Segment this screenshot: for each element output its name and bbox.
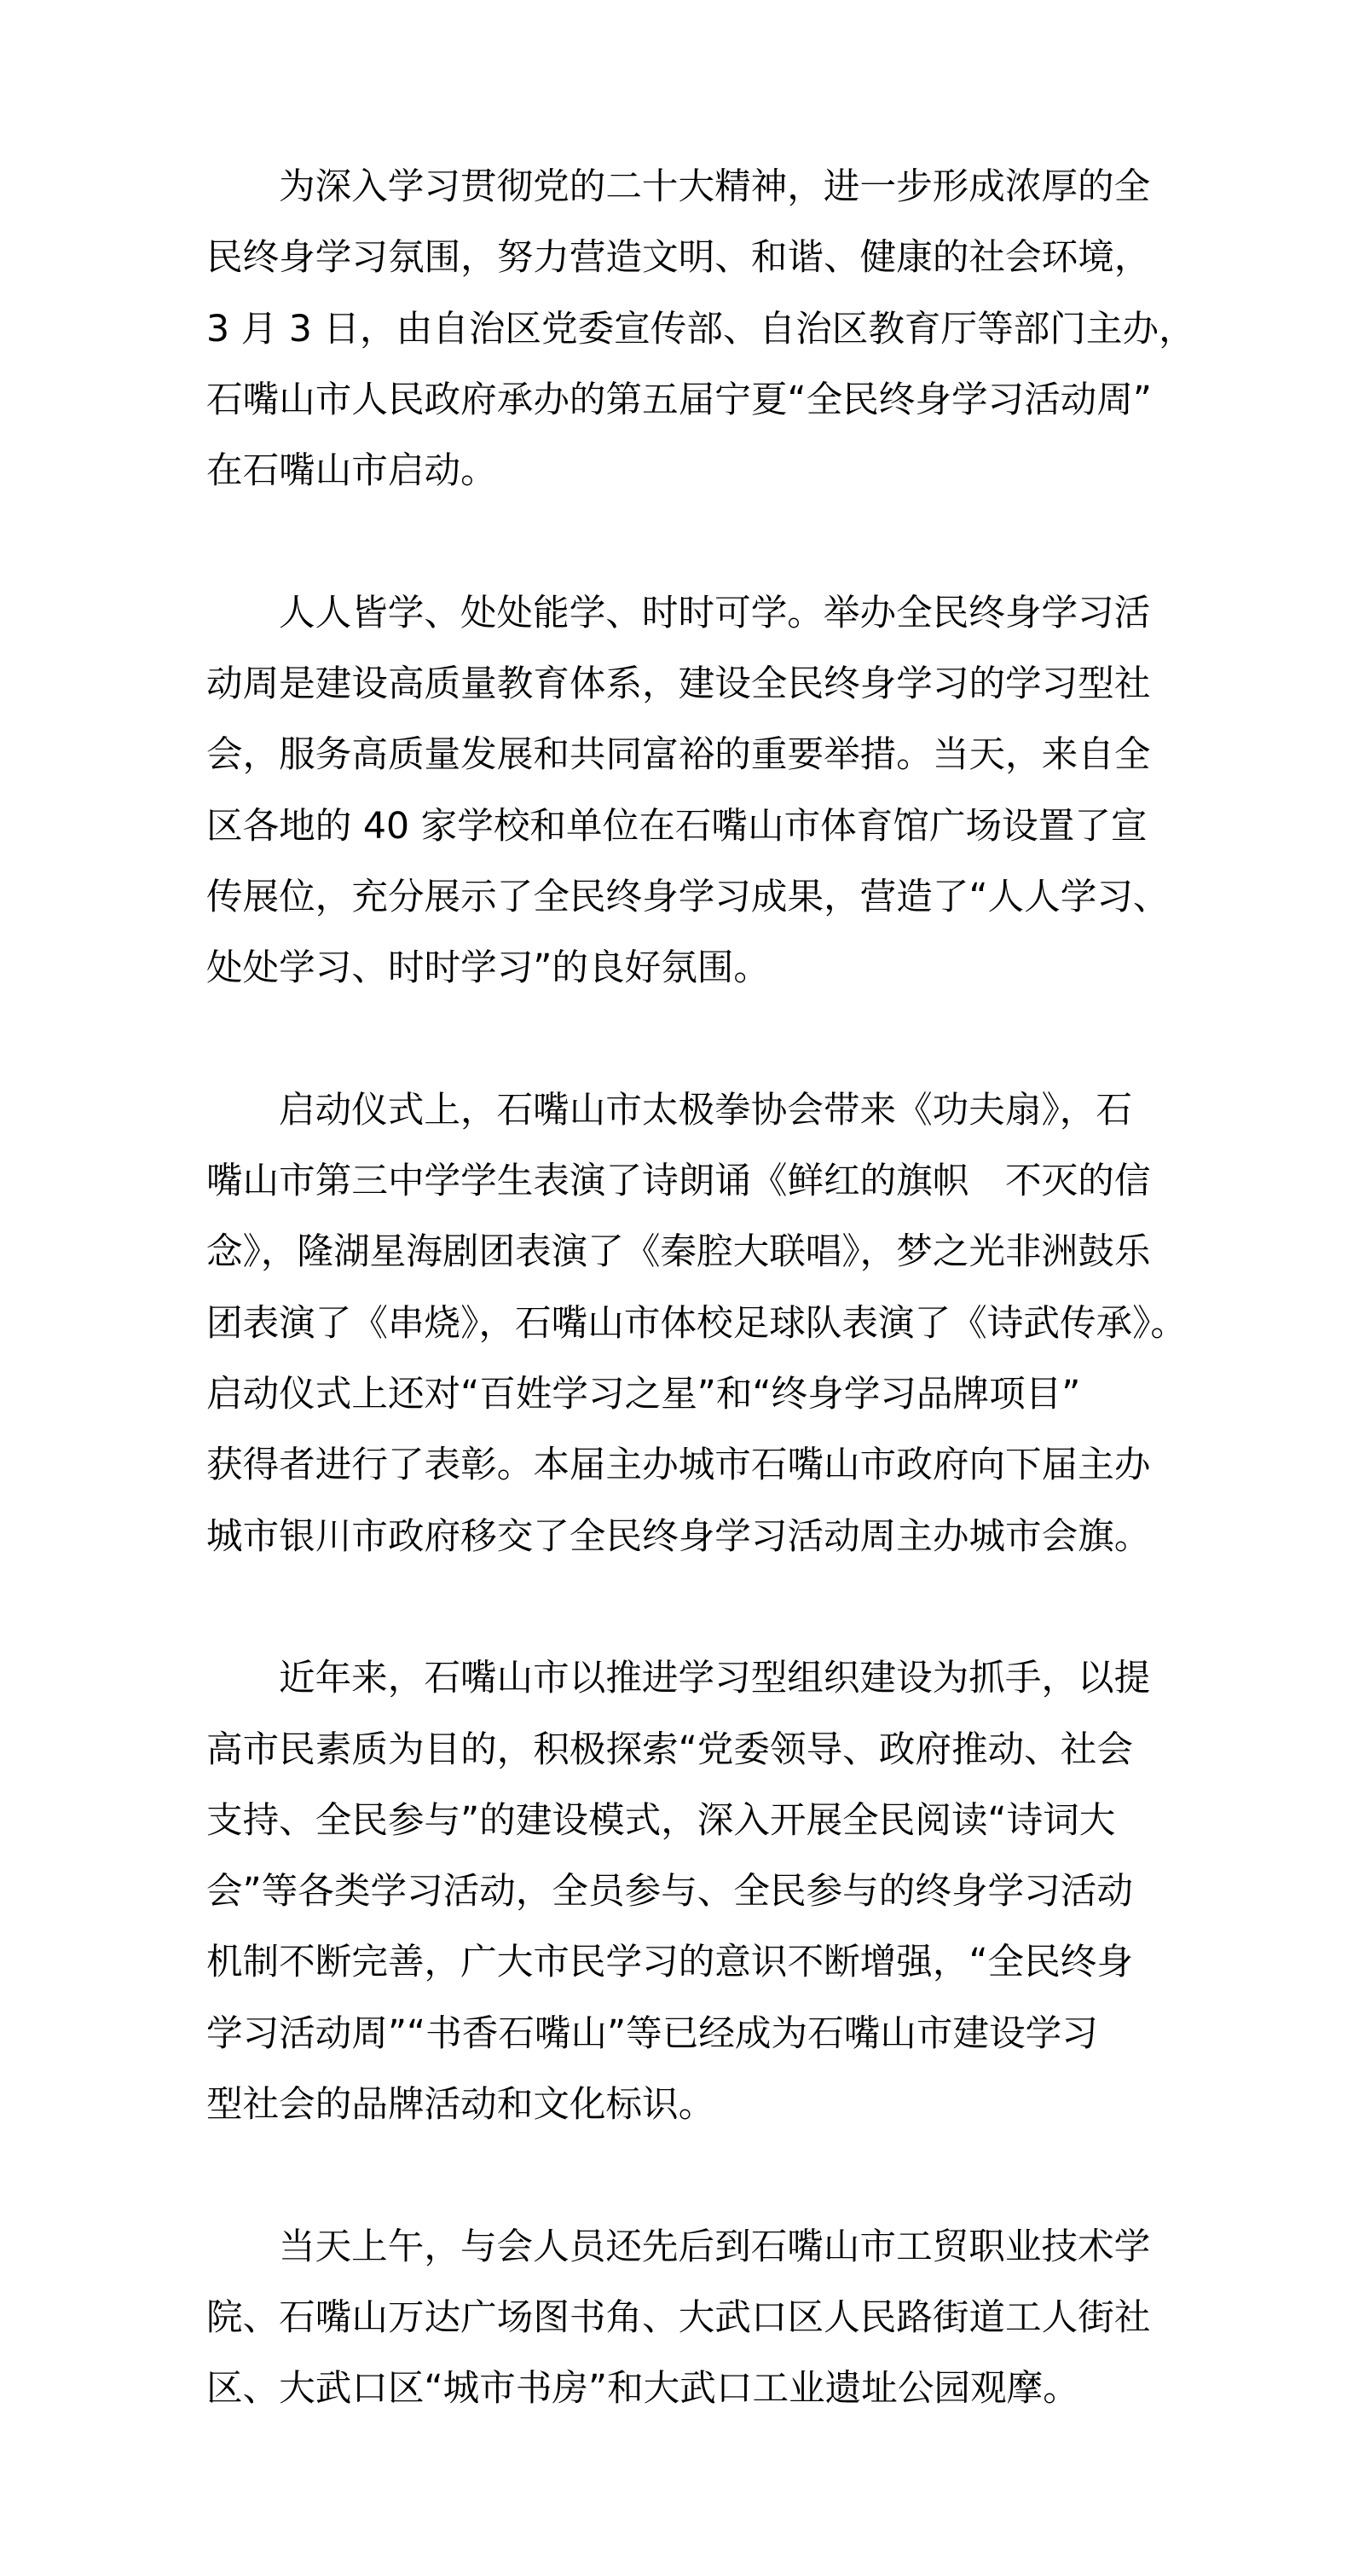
text-line: 人人皆学、处处能学、时时可学。举办全民终身学习活	[206, 578, 1153, 649]
text-line: 团表演了《串烧》，石嘴山市体校足球队表演了《诗武传承》。	[206, 1288, 1153, 1359]
text-line: 为深入学习贯彻党的二十大精神，进一步形成浓厚的全	[206, 152, 1153, 223]
text-line: 会”等各类学习活动，全员参与、全民参与的终身学习活动	[206, 1856, 1153, 1927]
text-line: 嘴山市第三中学学生表演了诗朗诵《鲜红的旗帜 不灭的信	[206, 1146, 1153, 1217]
text-line: 启动仪式上，石嘴山市太极拳协会带来《功夫扇》，石	[206, 1075, 1153, 1146]
paragraph-ceremony: 启动仪式上，石嘴山市太极拳协会带来《功夫扇》，石 嘴山市第三中学学生表演了诗朗诵…	[206, 1075, 1153, 1572]
paragraph-recent-years: 近年来，石嘴山市以推进学习型组织建设为抓手，以提 高市民素质为目的，积极探索“党…	[206, 1643, 1153, 2140]
text-line: 石嘴山市人民政府承办的第五届宁夏“全民终身学习活动周”	[206, 365, 1153, 436]
text-line: 念》，隆湖星海剧团表演了《秦腔大联唱》，梦之光非洲鼓乐	[206, 1217, 1153, 1288]
text-line: 型社会的品牌活动和文化标识。	[206, 2069, 1153, 2140]
text-line: 在石嘴山市启动。	[206, 436, 1153, 507]
text-line: 传展位，充分展示了全民终身学习成果，营造了“人人学习、	[206, 862, 1153, 933]
paragraph-significance: 人人皆学、处处能学、时时可学。举办全民终身学习活 动周是建设高质量教育体系，建设…	[206, 578, 1153, 1004]
text-line: 民终身学习氛围，努力营造文明、和谐、健康的社会环境，	[206, 223, 1153, 293]
paragraph-launch-event: 为深入学习贯彻党的二十大精神，进一步形成浓厚的全 民终身学习氛围，努力营造文明、…	[206, 152, 1153, 507]
text-line: 院、石嘴山万达广场图书角、大武口区人民路街道工人街社	[206, 2283, 1153, 2353]
article-body: 为深入学习贯彻党的二十大精神，进一步形成浓厚的全 民终身学习氛围，努力营造文明、…	[206, 152, 1153, 2496]
text-line: 支持、全民参与”的建设模式，深入开展全民阅读“诗词大	[206, 1786, 1153, 1856]
text-line: 近年来，石嘴山市以推进学习型组织建设为抓手，以提	[206, 1643, 1153, 1714]
text-line: 学习活动周”“书香石嘴山”等已经成为石嘴山市建设学习	[206, 1999, 1153, 2069]
text-line: 高市民素质为目的，积极探索“党委领导、政府推动、社会	[206, 1715, 1153, 1786]
text-line: 动周是建设高质量教育体系，建设全民终身学习的学习型社	[206, 649, 1153, 720]
text-line: 区、大武口区“城市书房”和大武口工业遗址公园观摩。	[206, 2353, 1153, 2424]
text-line: 处处学习、时时学习”的良好氛围。	[206, 933, 1153, 1004]
text-line: 当天上午，与会人员还先后到石嘴山市工贸职业技术学	[206, 2212, 1153, 2283]
text-line: 启动仪式上还对“百姓学习之星”和“终身学习品牌项目”	[206, 1359, 1153, 1430]
text-line: 区各地的 40 家学校和单位在石嘴山市体育馆广场设置了宣	[206, 791, 1153, 862]
text-line: 获得者进行了表彰。本届主办城市石嘴山市政府向下届主办	[206, 1430, 1153, 1501]
text-line: 城市银川市政府移交了全民终身学习活动周主办城市会旗。	[206, 1502, 1153, 1572]
text-line: 会，服务高质量发展和共同富裕的重要举措。当天，来自全	[206, 720, 1153, 790]
text-line: 3 月 3 日，由自治区党委宣传部、自治区教育厅等部门主办，	[206, 294, 1153, 365]
paragraph-site-visits: 当天上午，与会人员还先后到石嘴山市工贸职业技术学 院、石嘴山万达广场图书角、大武…	[206, 2212, 1153, 2425]
text-line: 机制不断完善，广大市民学习的意识不断增强，“全民终身	[206, 1927, 1153, 1998]
